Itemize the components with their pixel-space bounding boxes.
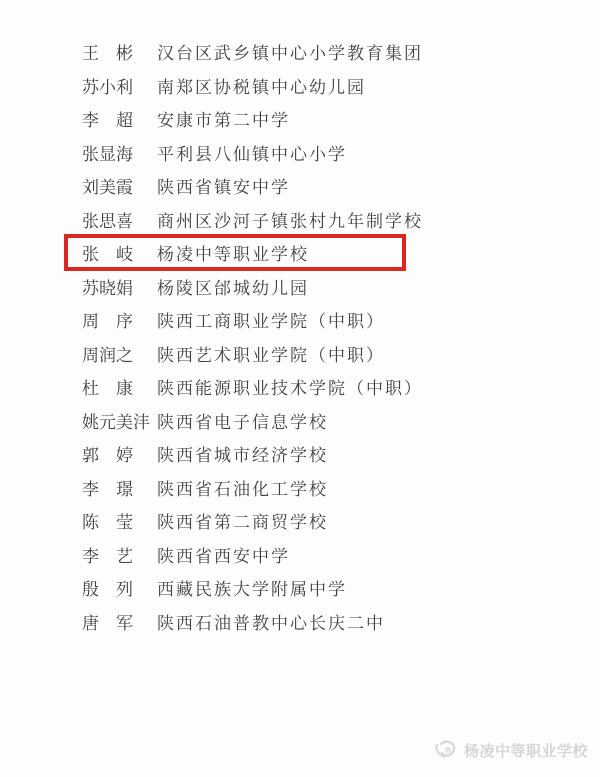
person-name: 张思喜 [82,207,157,232]
list-row: 唐 军 陕西石油普教中心长庆二中 [82,605,423,639]
list-row: 李 璟 陕西省石油化工学校 [82,471,423,505]
person-name: 殷 列 [82,575,157,600]
school-name: 杨凌中等职业学校 [157,240,309,265]
list-row: 苏晓娟 杨陵区邰城幼儿园 [82,270,423,304]
person-name: 王 彬 [82,39,157,64]
person-name: 李 璟 [82,475,157,500]
school-name: 陕西省城市经济学校 [157,441,328,466]
school-name: 陕西省电子信息学校 [157,408,328,433]
school-logo-icon [433,737,459,763]
list-row: 周润之 陕西艺术职业学院（中职） [82,337,423,371]
school-name: 安康市第二中学 [157,106,290,131]
list-row: 李 超 安康市第二中学 [82,102,423,136]
person-name: 李 艺 [82,542,157,567]
person-name: 苏晓娟 [82,274,157,299]
person-name: 李 超 [82,106,157,131]
list-row: 杜 康 陕西能源职业技术学院（中职） [82,370,423,404]
list-row: 周 序 陕西工商职业学院（中职） [82,303,423,337]
school-name: 陕西省石油化工学校 [157,475,328,500]
person-name: 陈 莹 [82,508,157,533]
school-name: 平利县八仙镇中心小学 [157,140,347,165]
school-name: 汉台区武乡镇中心小学教育集团 [157,39,423,64]
school-name: 陕西艺术职业学院（中职） [157,341,385,366]
list-row: 刘美霞 陕西省镇安中学 [82,169,423,203]
list-row: 张思喜 商州区沙河子镇张村九年制学校 [82,203,423,237]
list-row: 陈 莹 陕西省第二商贸学校 [82,504,423,538]
person-name: 苏小利 [82,73,157,98]
watermark-text: 杨凌中等职业学校 [464,740,588,761]
list-row: 苏小利 南郑区协税镇中心幼儿园 [82,69,423,103]
person-name: 张显海 [82,140,157,165]
school-name: 陕西省镇安中学 [157,173,290,198]
person-name: 周润之 [82,341,157,366]
school-name: 陕西能源职业技术学院（中职） [157,374,423,399]
school-name: 陕西省西安中学 [157,542,290,567]
school-name: 西藏民族大学附属中学 [157,575,347,600]
school-name: 南郑区协税镇中心幼儿园 [157,73,366,98]
person-name: 姚元美沣 [82,408,157,433]
list-row: 张 岐 杨凌中等职业学校 [82,236,423,270]
list-row: 殷 列 西藏民族大学附属中学 [82,571,423,605]
list-row: 张显海 平利县八仙镇中心小学 [82,136,423,170]
school-name: 陕西工商职业学院（中职） [157,307,385,332]
list-row: 郭 婷 陕西省城市经济学校 [82,437,423,471]
list-row: 王 彬 汉台区武乡镇中心小学教育集团 [82,35,423,69]
watermark: 杨凌中等职业学校 [433,737,588,763]
school-name: 商州区沙河子镇张村九年制学校 [157,207,423,232]
list-row: 姚元美沣 陕西省电子信息学校 [82,404,423,438]
person-name: 刘美霞 [82,173,157,198]
school-name: 陕西石油普教中心长庆二中 [157,609,385,634]
list-row: 李 艺 陕西省西安中学 [82,538,423,572]
person-name: 张 岐 [82,240,157,265]
award-list: 王 彬 汉台区武乡镇中心小学教育集团 苏小利 南郑区协税镇中心幼儿园 李 超 安… [82,35,423,638]
person-name: 杜 康 [82,374,157,399]
person-name: 周 序 [82,307,157,332]
person-name: 唐 军 [82,609,157,634]
school-name: 杨陵区邰城幼儿园 [157,274,309,299]
school-name: 陕西省第二商贸学校 [157,508,328,533]
person-name: 郭 婷 [82,441,157,466]
